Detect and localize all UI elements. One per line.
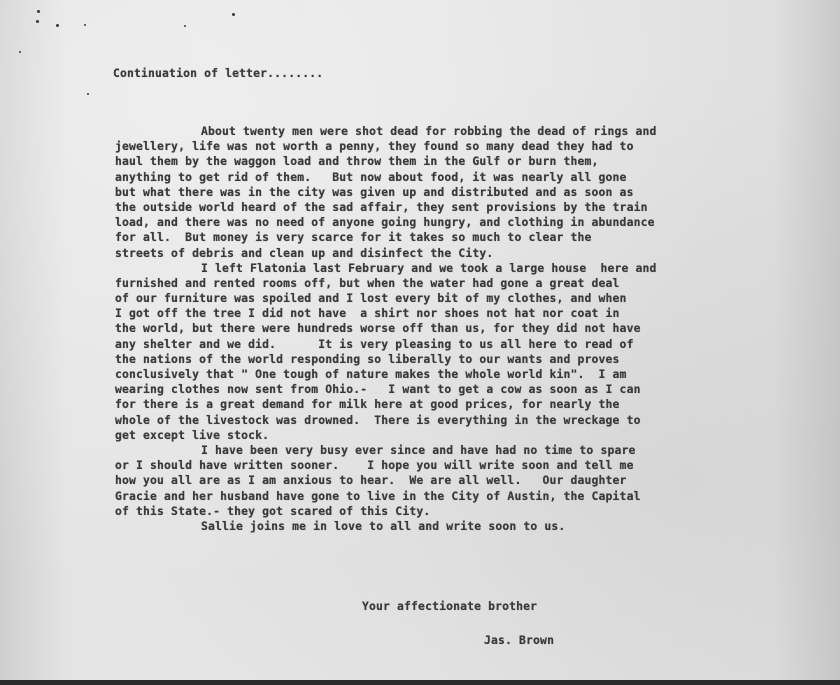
ink-speck xyxy=(184,25,186,27)
letter-line: I have been very busy ever since and hav… xyxy=(115,443,657,458)
letter-line: the nations of the world responding so l… xyxy=(115,352,657,367)
letter-line: whole of the livestock was drowned. Ther… xyxy=(115,413,657,428)
scanned-letter-page: Continuation of letter........ About twe… xyxy=(0,0,840,685)
letter-line: I got off the tree I did not have a shir… xyxy=(115,306,657,321)
letter-closing: Your affectionate brother xyxy=(362,599,537,613)
letter-line: load, and there was no need of anyone go… xyxy=(115,215,657,230)
letter-line: conclusively that " One tough of nature … xyxy=(115,367,657,382)
ink-speck xyxy=(37,10,40,13)
letter-line: any shelter and we did. It is very pleas… xyxy=(115,337,657,352)
ink-speck xyxy=(84,24,86,26)
letter-line: of this State.- they got scared of this … xyxy=(115,504,657,519)
letter-line: haul them by the waggon load and throw t… xyxy=(115,154,657,169)
letter-line: the world, but there were hundreds worse… xyxy=(115,321,657,336)
letter-body: About twenty men were shot dead for robb… xyxy=(115,124,657,534)
letter-line: for all. But money is very scarce for it… xyxy=(115,230,657,245)
ink-speck xyxy=(87,93,89,95)
letter-line: for there is a great demand for milk her… xyxy=(115,397,657,412)
letter-heading: Continuation of letter........ xyxy=(113,66,323,80)
ink-speck xyxy=(19,51,21,53)
letter-line: or I should have written sooner. I hope … xyxy=(115,458,657,473)
scan-bottom-edge xyxy=(0,680,840,685)
letter-line: of our furniture was spoiled and I lost … xyxy=(115,291,657,306)
ink-speck xyxy=(56,24,59,27)
letter-line: wearing clothes now sent from Ohio.- I w… xyxy=(115,382,657,397)
letter-line: anything to get rid of them. But now abo… xyxy=(115,170,657,185)
letter-line: but what there was in the city was given… xyxy=(115,185,657,200)
letter-line: Sallie joins me in love to all and write… xyxy=(115,519,657,534)
letter-line: how you all are as I am anxious to hear.… xyxy=(115,473,657,488)
ink-speck xyxy=(36,20,39,23)
ink-speck xyxy=(232,13,235,16)
letter-line: About twenty men were shot dead for robb… xyxy=(115,124,657,139)
letter-line: the outside world heard of the sad affai… xyxy=(115,200,657,215)
letter-signature: Jas. Brown xyxy=(484,633,554,647)
letter-line: Gracie and her husband have gone to live… xyxy=(115,489,657,504)
letter-line: get except live stock. xyxy=(115,428,657,443)
letter-line: jewellery, life was not worth a penny, t… xyxy=(115,139,657,154)
letter-line: I left Flatonia last February and we too… xyxy=(115,261,657,276)
letter-line: furnished and rented rooms off, but when… xyxy=(115,276,657,291)
letter-line: streets of debris and clean up and disin… xyxy=(115,246,657,261)
